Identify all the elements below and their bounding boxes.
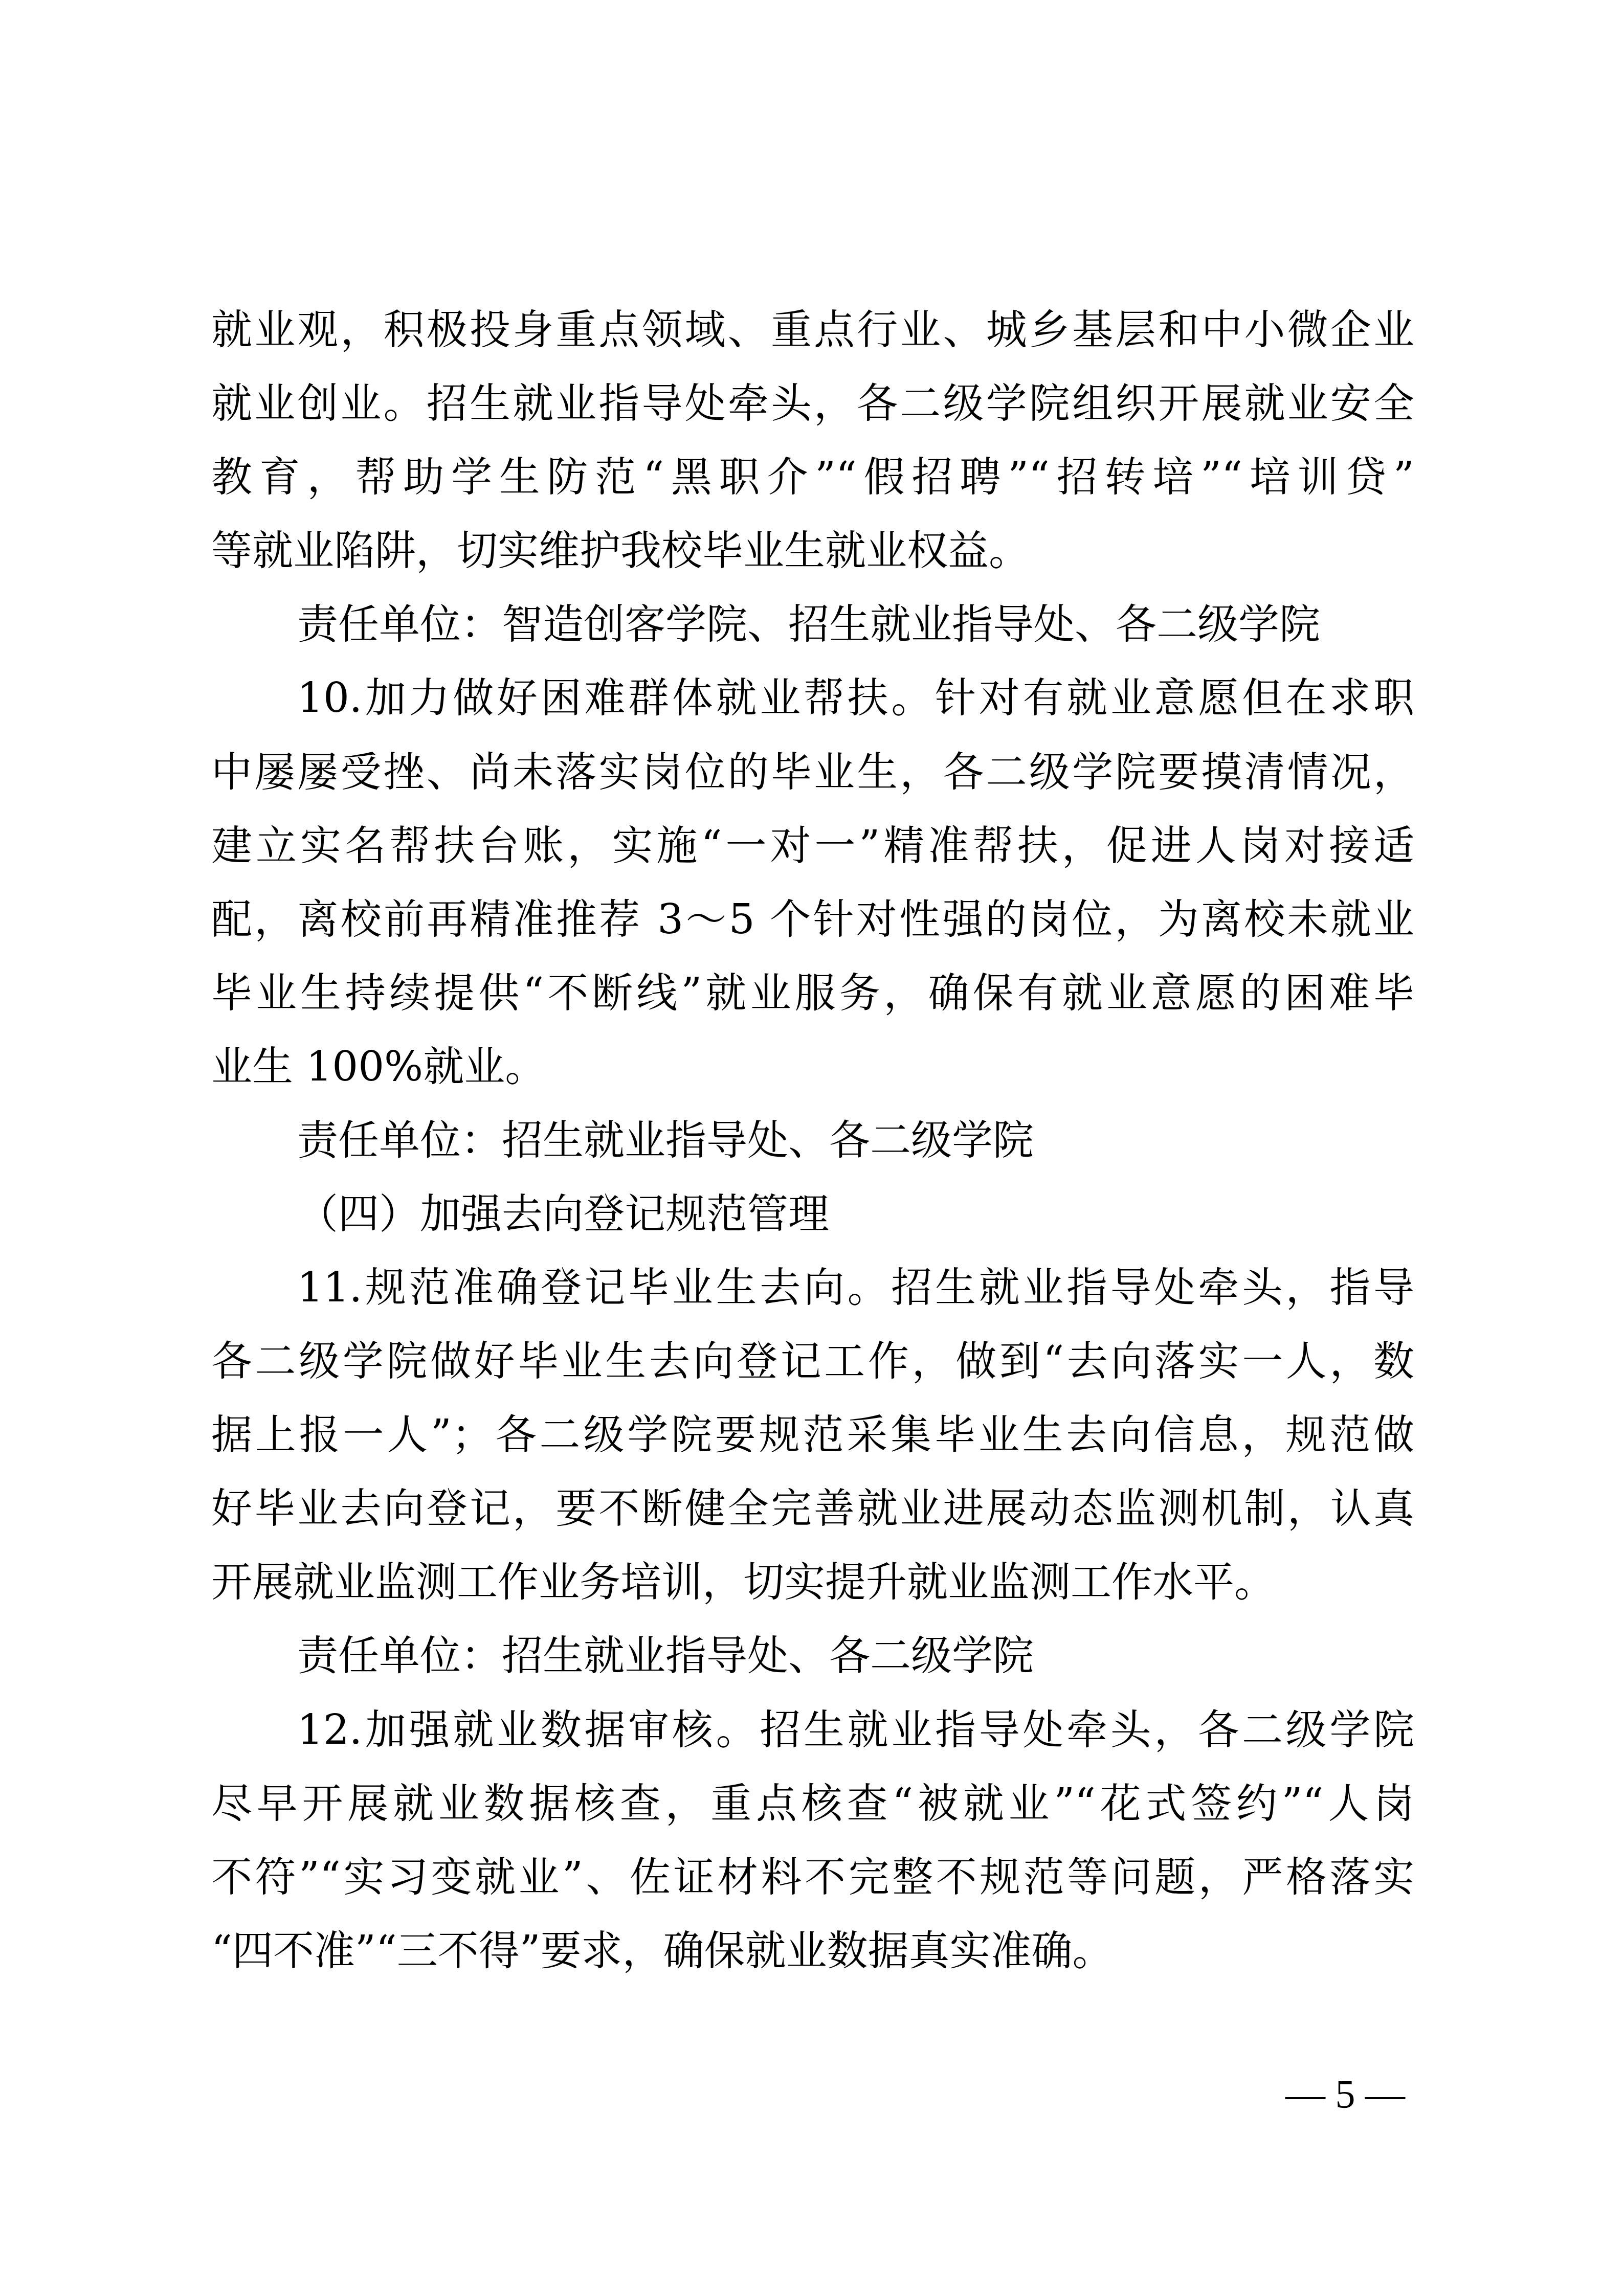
body-line: 建立实名帮扶台账，实施“一对一”精准帮扶，促进人岗对接适 (211, 820, 1414, 871)
body-line: 不符”“实习变就业”、佐证材料不完整不规范等问题，严格落实 (211, 1852, 1414, 1903)
section-heading: （四）加强去向登记规范管理 (297, 1188, 1414, 1240)
page-number: — 5 — (1269, 2071, 1422, 2117)
body-line: 配，离校前再精准推荐 3～5 个针对性强的岗位，为离校未就业 (211, 894, 1414, 945)
body-line: 等就业陷阱，切实维护我校毕业生就业权益。 (211, 525, 1414, 576)
body-line: 中屡屡受挫、尚未落实岗位的毕业生，各二级学院要摸清情况， (211, 747, 1414, 798)
body-line: 业生 100%就业。 (211, 1041, 1414, 1092)
item-10-heading-line: 10.加力做好困难群体就业帮扶。针对有就业意愿但在求职 (297, 672, 1414, 724)
body-line: 开展就业监测工作业务培训，切实提升就业监测工作水平。 (211, 1557, 1414, 1608)
document-page: 就业观，积极投身重点领域、重点行业、城乡基层和中小微企业 就业创业。招生就业指导… (0, 0, 1624, 2296)
responsible-units-line: 责任单位：招生就业指导处、各二级学院 (297, 1115, 1414, 1166)
body-line: 各二级学院做好毕业生去向登记工作，做到“去向落实一人，数 (211, 1336, 1414, 1387)
body-line: 就业观，积极投身重点领域、重点行业、城乡基层和中小微企业 (211, 304, 1414, 355)
body-line: 就业创业。招生就业指导处牵头，各二级学院组织开展就业安全 (211, 378, 1414, 429)
body-line: 尽早开展就业数据核查，重点核查“被就业”“花式签约”“人岗 (211, 1778, 1414, 1829)
item-12-heading-line: 12.加强就业数据审核。招生就业指导处牵头，各二级学院 (297, 1704, 1414, 1755)
body-line: 据上报一人”；各二级学院要规范采集毕业生去向信息，规范做 (211, 1409, 1414, 1460)
responsible-units-line: 责任单位：智造创客学院、招生就业指导处、各二级学院 (297, 599, 1414, 650)
body-line: 好毕业去向登记，要不断健全完善就业进展动态监测机制，认真 (211, 1483, 1414, 1534)
body-line: 教育，帮助学生防范“黑职介”“假招聘”“招转培”“培训贷” (211, 452, 1414, 503)
body-line: 毕业生持续提供“不断线”就业服务，确保有就业意愿的困难毕 (211, 967, 1414, 1019)
responsible-units-line: 责任单位：招生就业指导处、各二级学院 (297, 1630, 1414, 1681)
body-line: “四不准”“三不得”要求，确保就业数据真实准确。 (211, 1925, 1414, 1976)
item-11-heading-line: 11.规范准确登记毕业生去向。招生就业指导处牵头，指导 (297, 1262, 1414, 1313)
